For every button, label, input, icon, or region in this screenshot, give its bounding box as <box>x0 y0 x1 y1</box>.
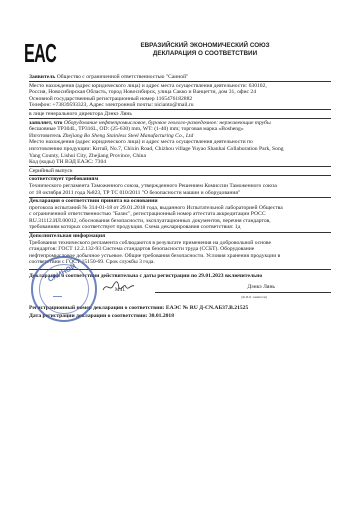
seal-placeholder-label: М.П. <box>115 288 126 295</box>
declaration-section: заявляет, что Оборудование нефтепромысло… <box>29 120 331 176</box>
conformity-line-1: Технического регламента Таможенного союз… <box>29 183 331 190</box>
manufacturer-line: Изготовитель Zhejiang Bo Sheng Stainless… <box>29 133 331 140</box>
conformity-line-2: от 18 октября 2011 года №823, ТР ТС 010/… <box>29 190 331 197</box>
manufacturer-name: Zhejiang Bo Sheng Stainless Steel Manufa… <box>63 133 194 139</box>
applicant-name: Общество с ограниченной ответственностью… <box>57 74 189 80</box>
applicant-label: Заявитель <box>29 74 55 80</box>
document-header: ЕВРАЗИЙСКИЙ ЭКОНОМИЧЕСКИЙ СОЮЗ ДЕКЛАРАЦИ… <box>100 42 310 58</box>
company-stamp-icon: САИНОЙ ▬▬▬ <box>31 256 97 322</box>
registration-date: 30.01.2018 <box>149 313 174 319</box>
registration-number: ЕАЭС № RU Д-CN.АБ37.В.21525 <box>166 305 248 311</box>
manufacturer-label: Изготовитель <box>29 133 63 139</box>
applicant-representative: в лице генерального директора Дэнкэ Лянь <box>29 111 331 118</box>
additional-heading: Дополнительная информация <box>29 233 331 240</box>
product-description: Оборудование нефтепромысловое, буровое г… <box>64 120 271 126</box>
basis-line-1: протокола испытаний № 314-01-18 от 29.01… <box>29 205 331 212</box>
manufacturer-address-2: изготовлению продукции: Китай, No.7, Chi… <box>29 146 331 153</box>
additional-line-1: Требования технического регламента соблю… <box>29 240 331 247</box>
additional-line-2: стандартов: ГОСТ 12.2.132-93 Система ста… <box>29 246 331 253</box>
applicant-contacts: Телефон: +73839593323, Адрес электронной… <box>29 102 331 109</box>
basis-section: Декларация о соответствии принята на осн… <box>29 198 331 232</box>
product-line-1: заявляет, что Оборудование нефтепромысло… <box>29 120 331 127</box>
applicant-section: Заявитель Общество с ограниченной ответс… <box>29 74 331 119</box>
basis-heading: Декларация о соответствии принята на осн… <box>29 198 331 205</box>
batch-type: Серийный выпуск <box>29 168 331 175</box>
eac-logo-text: EAC <box>24 40 56 66</box>
manufacturer-address-1: Место нахождения (адрес юридического лиц… <box>29 139 331 146</box>
manufacturer-address-3: Yang County, Lishui City, Zhejiang Provi… <box>29 153 331 160</box>
basis-line-3: RU.31112.ИЛ.00012, обоснования безопасно… <box>29 218 331 225</box>
product-line-2: бесшовные TP304L, TP316L, OD: (25-630) m… <box>29 126 331 133</box>
signatory-name: Дэнкэ Лянь <box>247 284 275 291</box>
conformity-heading: соответствует требованиям <box>29 176 331 183</box>
declaration-title: ДЕКЛАРАЦИЯ О СООТВЕТСТВИИ <box>100 50 310 58</box>
applicant-name-line: Заявитель Общество с ограниченной ответс… <box>29 74 331 81</box>
union-title: ЕВРАЗИЙСКИЙ ЭКОНОМИЧЕСКИЙ СОЮЗ <box>100 42 310 50</box>
applicant-address-2: Россия, Новосибирская Область, город Нов… <box>29 89 331 96</box>
stamp-detail: ▬▬▬ <box>53 294 62 298</box>
applicant-address-1: Место нахождения (адрес юридического лиц… <box>29 83 331 90</box>
signatory-caption: (Ф.И.О. заявителя) <box>241 294 267 301</box>
declares-label: заявляет, что <box>29 120 64 126</box>
conformity-section: соответствует требованиям Технического р… <box>29 176 331 197</box>
tn-ved-code: Код (коды) ТН ВЭД ЕАЭС: 7304 <box>29 159 331 166</box>
applicant-ogrn: Основной государственный регистрационный… <box>29 96 331 103</box>
basis-line-2: с ограниченной ответственностью "Базис",… <box>29 211 331 218</box>
signature-line <box>155 292 331 293</box>
eac-logo: EAC <box>24 40 60 66</box>
basis-line-4: требованиям которых соответствует продук… <box>29 224 331 231</box>
